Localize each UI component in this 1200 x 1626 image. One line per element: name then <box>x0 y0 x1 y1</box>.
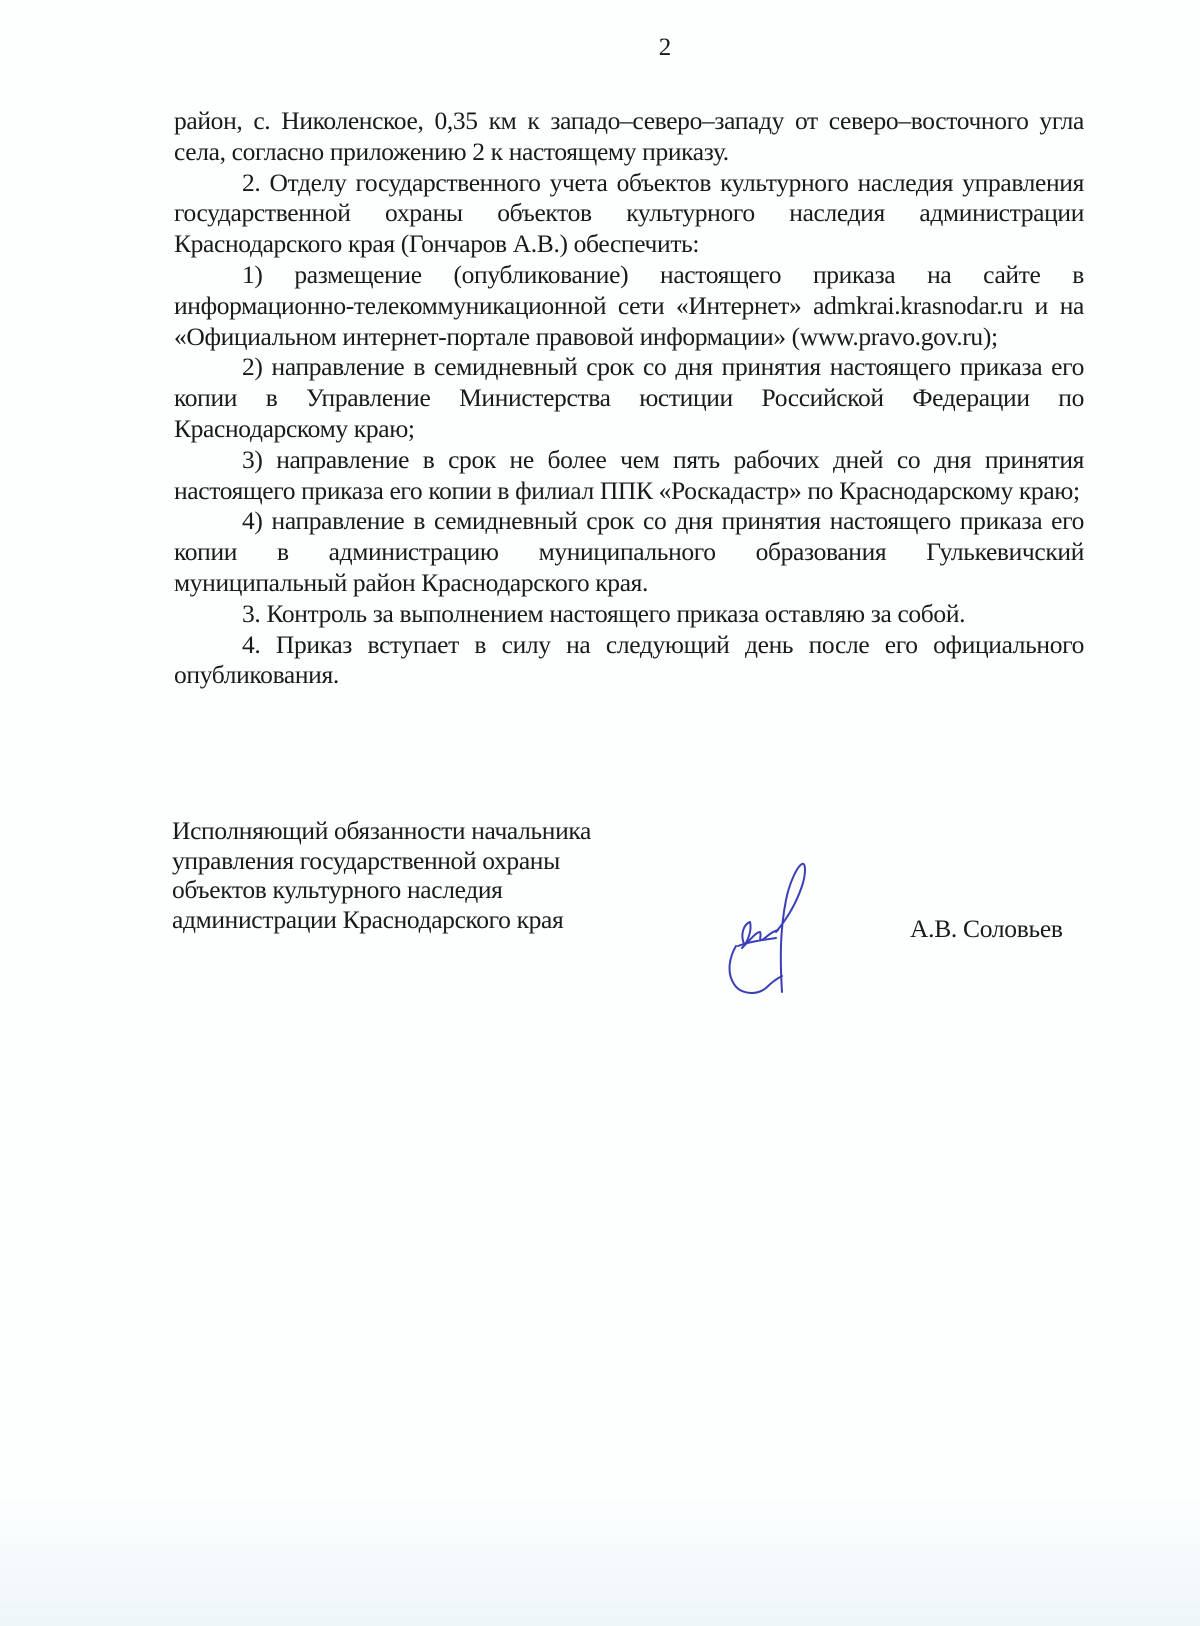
paragraph-item-4: 4. Приказ вступает в силу на следующий д… <box>174 630 1084 692</box>
signatory-title-line: Исполняющий обязанности начальника <box>172 816 591 846</box>
paragraph-continuation: район, с. Николенское, 0,35 км к западо–… <box>174 106 1084 168</box>
paragraph-subitem-4: 4) направление в семидневный срок со дня… <box>174 506 1084 598</box>
paragraph-subitem-3: 3) направление в срок не более чем пять … <box>174 445 1084 507</box>
page-number: 2 <box>0 34 1200 62</box>
signatory-title: Исполняющий обязанности начальника управ… <box>172 816 591 934</box>
handwritten-signature-icon <box>722 860 812 1000</box>
paragraph-item-2: 2. Отделу государственного учета объекто… <box>174 168 1084 260</box>
signature-block: Исполняющий обязанности начальника управ… <box>172 816 1092 1016</box>
signatory-name: А.В. Соловьев <box>910 914 1063 944</box>
document-body: район, с. Николенское, 0,35 км к западо–… <box>174 106 1084 691</box>
signatory-title-line: объектов культурного наследия <box>172 875 591 905</box>
paragraph-item-3: 3. Контроль за выполнением настоящего пр… <box>174 599 1084 630</box>
paragraph-subitem-1: 1) размещение (опубликование) настоящего… <box>174 260 1084 352</box>
paragraph-subitem-2: 2) направление в семидневный срок со дня… <box>174 352 1084 444</box>
signatory-title-line: управления государственной охраны <box>172 846 591 876</box>
scan-background-tint <box>0 1496 1200 1626</box>
signatory-title-line: администрации Краснодарского края <box>172 905 591 935</box>
